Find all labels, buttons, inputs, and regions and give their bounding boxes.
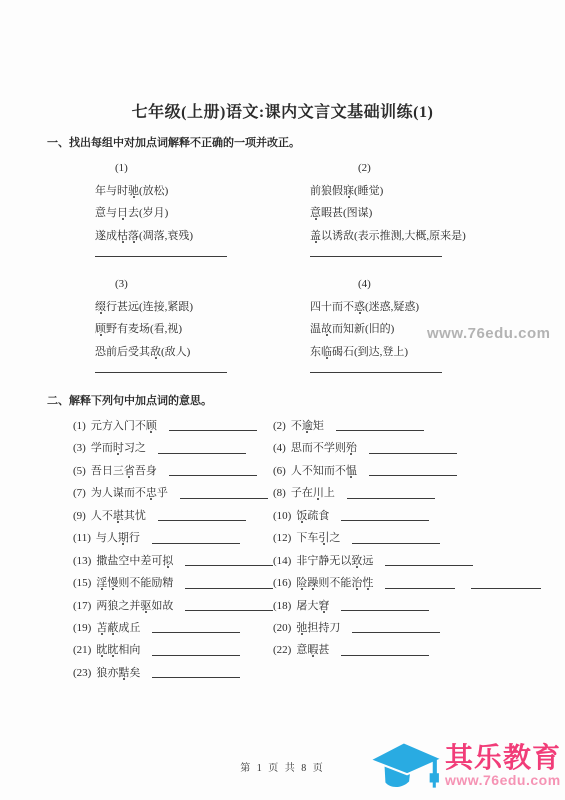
logo: 其乐教育 www.76edu.com: [370, 738, 561, 792]
answer-blank: [352, 632, 440, 633]
item-label: (10): [273, 505, 291, 527]
answer-blank: [369, 475, 457, 476]
item-label: (20): [273, 617, 291, 639]
item-label: (18): [273, 595, 291, 617]
group-label: (2): [310, 157, 565, 180]
answer-blank: [336, 430, 424, 431]
exercise-item: (3)学而时习之: [73, 437, 273, 459]
phrase: 年与时驰(放松): [95, 180, 310, 203]
item-label: (5): [73, 460, 86, 482]
page-title: 七年级(上册)语文:课内文言文基础训练(1): [0, 0, 565, 125]
item-text: 为人谋而不忠乎: [91, 482, 168, 504]
item-label: (22): [273, 639, 291, 661]
item-label: (16): [273, 572, 291, 594]
word-group: (2)前狼假寐(睡觉)意暇甚(图谋)盖以诱敌(表示推测,大概,原来是): [310, 157, 565, 260]
group-label: (1): [95, 157, 310, 180]
logo-text: 其乐教育 www.76edu.com: [445, 743, 561, 788]
exercise-item: (16)险躁则不能治性: [273, 572, 565, 594]
item-text: 苫蔽成丘: [96, 617, 140, 639]
answer-blank: [185, 565, 273, 566]
item-label: (7): [73, 482, 86, 504]
exercise-item: (20)弛担持刀: [273, 617, 565, 639]
exercise-item: (18)屠大窘: [273, 595, 565, 617]
exercise-item: (2)不逾矩: [273, 415, 565, 437]
answer-blank: [352, 543, 440, 544]
item-text: 不逾矩: [291, 415, 324, 437]
phrase: 缀行甚远(连接,紧跟): [95, 296, 310, 319]
item-text: 弛担持刀: [296, 617, 340, 639]
exercise-item: (23)狼亦黠矣: [73, 662, 273, 684]
answer-blank: [369, 453, 457, 454]
exercise-item: (11)与人期行: [73, 527, 273, 549]
section-one-groups: (1)年与时驰(放松)意与日去(岁月)遂成枯落(凋落,衰残)(2)前狼假寐(睡觉…: [95, 157, 565, 376]
phrase: 四十而不惑(迷惑,疑惑): [310, 296, 565, 319]
exercise-item: (5)吾日三省吾身: [73, 460, 273, 482]
phrase: 顾野有麦场(看,视): [95, 318, 310, 341]
exercise-item: (15)淫慢则不能励精: [73, 572, 273, 594]
item-text: 与人期行: [96, 527, 140, 549]
answer-blank: [95, 256, 227, 257]
item-label: (17): [73, 595, 91, 617]
phrase: 东临碣石(到达,登上): [310, 341, 565, 364]
item-text: 思而不学则殆: [291, 437, 357, 459]
worksheet-page: www.76edu.com 七年级(上册)语文:课内文言文基础训练(1) 一、找…: [0, 0, 565, 800]
exercise-item: (1)元方入门不顾: [73, 415, 273, 437]
item-text: 非宁静无以致远: [296, 550, 373, 572]
phrase: 意与日去(岁月): [95, 202, 310, 225]
exercise-item: (21)眈眈相向: [73, 639, 273, 661]
section-one-heading: 一、找出每组中对加点词解释不正确的一项并改正。: [47, 136, 565, 151]
phrase: 恐前后受其敌(敌人): [95, 341, 310, 364]
phrase: 遂成枯落(凋落,衰残): [95, 225, 310, 248]
logo-url: www.76edu.com: [445, 773, 561, 788]
exercise-item: (10)饭疏食: [273, 505, 565, 527]
exercise-item: (13)撒盐空中差可拟: [73, 550, 273, 572]
answer-blank: [95, 372, 227, 373]
answer-blank: [310, 372, 442, 373]
item-text: 屠大窘: [296, 595, 329, 617]
item-label: (8): [273, 482, 286, 504]
section-two-heading: 二、解释下列句中加点词的意思。: [47, 394, 565, 409]
exercise-item: (17)两狼之并驱如故: [73, 595, 273, 617]
answer-blank: [158, 453, 246, 454]
item-label: (12): [273, 527, 291, 549]
item-text: 饭疏食: [296, 505, 329, 527]
exercise-item: (19)苫蔽成丘: [73, 617, 273, 639]
item-label: (23): [73, 662, 91, 684]
answer-blank: [152, 655, 240, 656]
answer-blank: [152, 677, 240, 678]
word-group: (1)年与时驰(放松)意与日去(岁月)遂成枯落(凋落,衰残): [95, 157, 310, 260]
item-text: 两狼之并驱如故: [96, 595, 173, 617]
phrase: 意暇甚(图谋): [310, 202, 565, 225]
item-text: 淫慢则不能励精: [96, 572, 173, 594]
item-label: (4): [273, 437, 286, 459]
item-label: (6): [273, 460, 286, 482]
exercise-item: (6)人不知而不愠: [273, 460, 565, 482]
phrase: 盖以诱敌(表示推测,大概,原来是): [310, 225, 565, 248]
answer-blank: [341, 520, 429, 521]
exercise-item: (8)子在川上: [273, 482, 565, 504]
item-label: (3): [73, 437, 86, 459]
item-text: 撒盐空中差可拟: [96, 550, 173, 572]
exercise-item: (12)下车引之: [273, 527, 565, 549]
graduation-cap-icon: [370, 738, 442, 792]
item-label: (19): [73, 617, 91, 639]
item-label: (14): [273, 550, 291, 572]
answer-blank: [341, 655, 429, 656]
item-text: 学而时习之: [91, 437, 146, 459]
item-label: (15): [73, 572, 91, 594]
answer-blank: [180, 498, 268, 499]
answer-blank: [169, 475, 257, 476]
answer-blank: [471, 588, 541, 589]
answer-blank: [310, 256, 442, 257]
item-text: 元方入门不顾: [91, 415, 157, 437]
exercise-item: (22)意暇甚: [273, 639, 565, 661]
item-label: (21): [73, 639, 91, 661]
phrase: 前狼假寐(睡觉): [310, 180, 565, 203]
answer-blank: [152, 543, 240, 544]
word-group: (3)缀行甚远(连接,紧跟)顾野有麦场(看,视)恐前后受其敌(敌人): [95, 273, 310, 376]
watermark: www.76edu.com: [427, 325, 550, 342]
answer-blank: [185, 610, 273, 611]
answer-blank: [341, 610, 429, 611]
item-text: 狼亦黠矣: [96, 662, 140, 684]
item-text: 意暇甚: [296, 639, 329, 661]
item-label: (11): [73, 527, 91, 549]
exercise-item: (7)为人谋而不忠乎: [73, 482, 273, 504]
item-label: (13): [73, 550, 91, 572]
item-text: 吾日三省吾身: [91, 460, 157, 482]
exercise-item: (9)人不堪其忧: [73, 505, 273, 527]
item-label: (2): [273, 415, 286, 437]
exercise-item: (4)思而不学则殆: [273, 437, 565, 459]
item-text: 险躁则不能治性: [296, 572, 373, 594]
group-label: (3): [95, 273, 310, 296]
item-text: 下车引之: [296, 527, 340, 549]
item-text: 眈眈相向: [96, 639, 140, 661]
answer-blank: [385, 565, 473, 566]
item-text: 子在川上: [291, 482, 335, 504]
item-text: 人不知而不愠: [291, 460, 357, 482]
group-label: (4): [310, 273, 565, 296]
answer-blank: [385, 588, 455, 589]
item-text: 人不堪其忧: [91, 505, 146, 527]
logo-name: 其乐教育: [445, 743, 561, 773]
answer-blank: [347, 498, 435, 499]
answer-blank: [152, 632, 240, 633]
exercise-item: (14)非宁静无以致远: [273, 550, 565, 572]
answer-blank: [158, 520, 246, 521]
answer-blank: [185, 588, 273, 589]
item-label: (1): [73, 415, 86, 437]
item-label: (9): [73, 505, 86, 527]
answer-blank: [169, 430, 257, 431]
section-two-items: (1)元方入门不顾(2)不逾矩(3)学而时习之(4)思而不学则殆(5)吾日三省吾…: [73, 415, 565, 684]
